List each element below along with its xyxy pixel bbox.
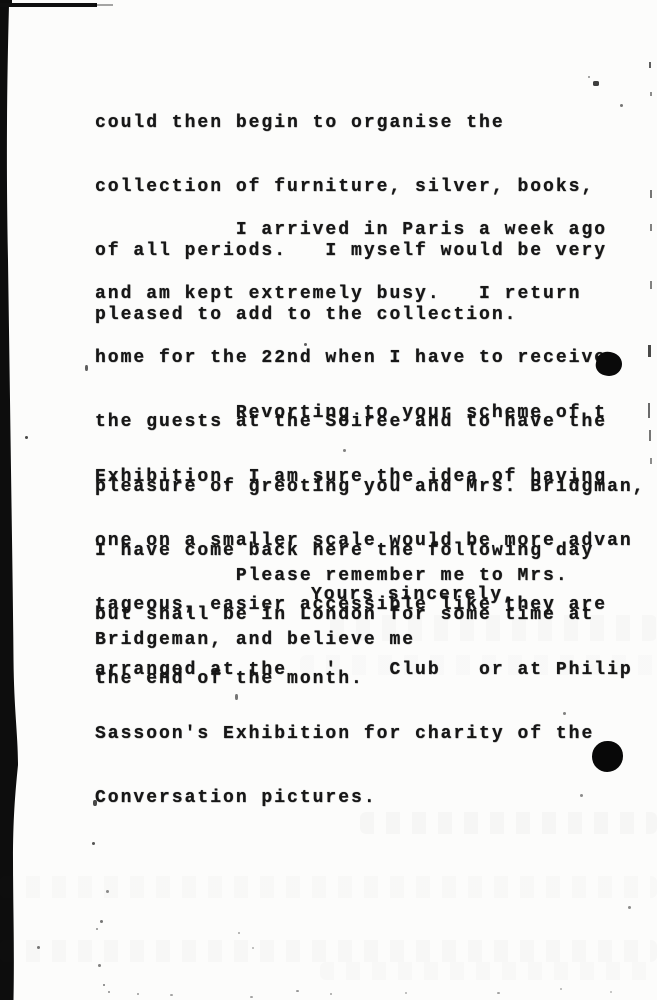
scan-speck (405, 992, 407, 994)
scan-speck (296, 990, 299, 992)
letter-line: and am kept extremely busy. I return (95, 284, 645, 305)
scan-speck (330, 993, 332, 995)
scan-top-edge-fade (95, 4, 113, 6)
scan-speck (593, 81, 599, 86)
letter-line: Exhibition, I am sure the idea of having (95, 467, 633, 488)
scan-noise-band (320, 962, 657, 980)
scan-dash (650, 458, 652, 464)
scan-noise-band (300, 655, 657, 675)
closing-line: Yours sincerely, (311, 585, 516, 606)
letter-line: Revorting to your scheme of t (95, 403, 633, 424)
scan-speck (170, 994, 173, 996)
scan-speck (628, 906, 631, 909)
scan-speck (93, 800, 97, 806)
scan-speck (25, 436, 28, 439)
scan-speck (563, 712, 566, 715)
scan-edge-bar (0, 0, 24, 1000)
scan-dash (650, 281, 652, 289)
scanned-letter-page: could then begin to organise the collect… (0, 0, 657, 1000)
scan-speck (497, 992, 500, 994)
scan-speck (560, 988, 562, 990)
scan-dash (648, 403, 650, 418)
scan-speck (103, 984, 105, 986)
ink-dot (592, 741, 623, 772)
scan-dash (650, 92, 652, 96)
scan-dash (650, 224, 652, 231)
scan-dash (649, 430, 651, 441)
scan-noise-band (0, 876, 657, 898)
scan-speck (610, 991, 612, 993)
scan-dash (648, 345, 651, 357)
scan-noise-band (360, 812, 657, 834)
scan-speck (96, 928, 98, 930)
letter-line: I arrived in Paris a week ago (95, 220, 645, 241)
scan-speck (137, 993, 139, 995)
scan-dash (650, 190, 652, 198)
scan-speck (580, 794, 583, 797)
scan-noise-band (330, 615, 657, 641)
letter-line: Sassoon's Exhibition for charity of the (95, 724, 633, 745)
letter-line: could then begin to organise the (95, 113, 607, 134)
scan-noise-band (0, 940, 657, 962)
scan-speck (343, 449, 346, 452)
scan-speck (100, 920, 103, 923)
scan-speck (620, 104, 623, 107)
scan-speck (238, 932, 240, 934)
scan-top-edge-line (0, 3, 97, 7)
scan-speck (108, 991, 110, 993)
scan-speck (98, 964, 101, 967)
scan-dash (649, 62, 651, 68)
scan-speck (85, 365, 88, 371)
scan-speck (304, 343, 307, 346)
scan-speck (235, 694, 238, 700)
scan-speck (588, 76, 590, 78)
letter-line: Conversation pictures. (95, 788, 633, 809)
scan-speck (250, 996, 253, 998)
scan-speck (92, 842, 95, 845)
letter-line: Please remember me to Mrs. (95, 566, 569, 587)
